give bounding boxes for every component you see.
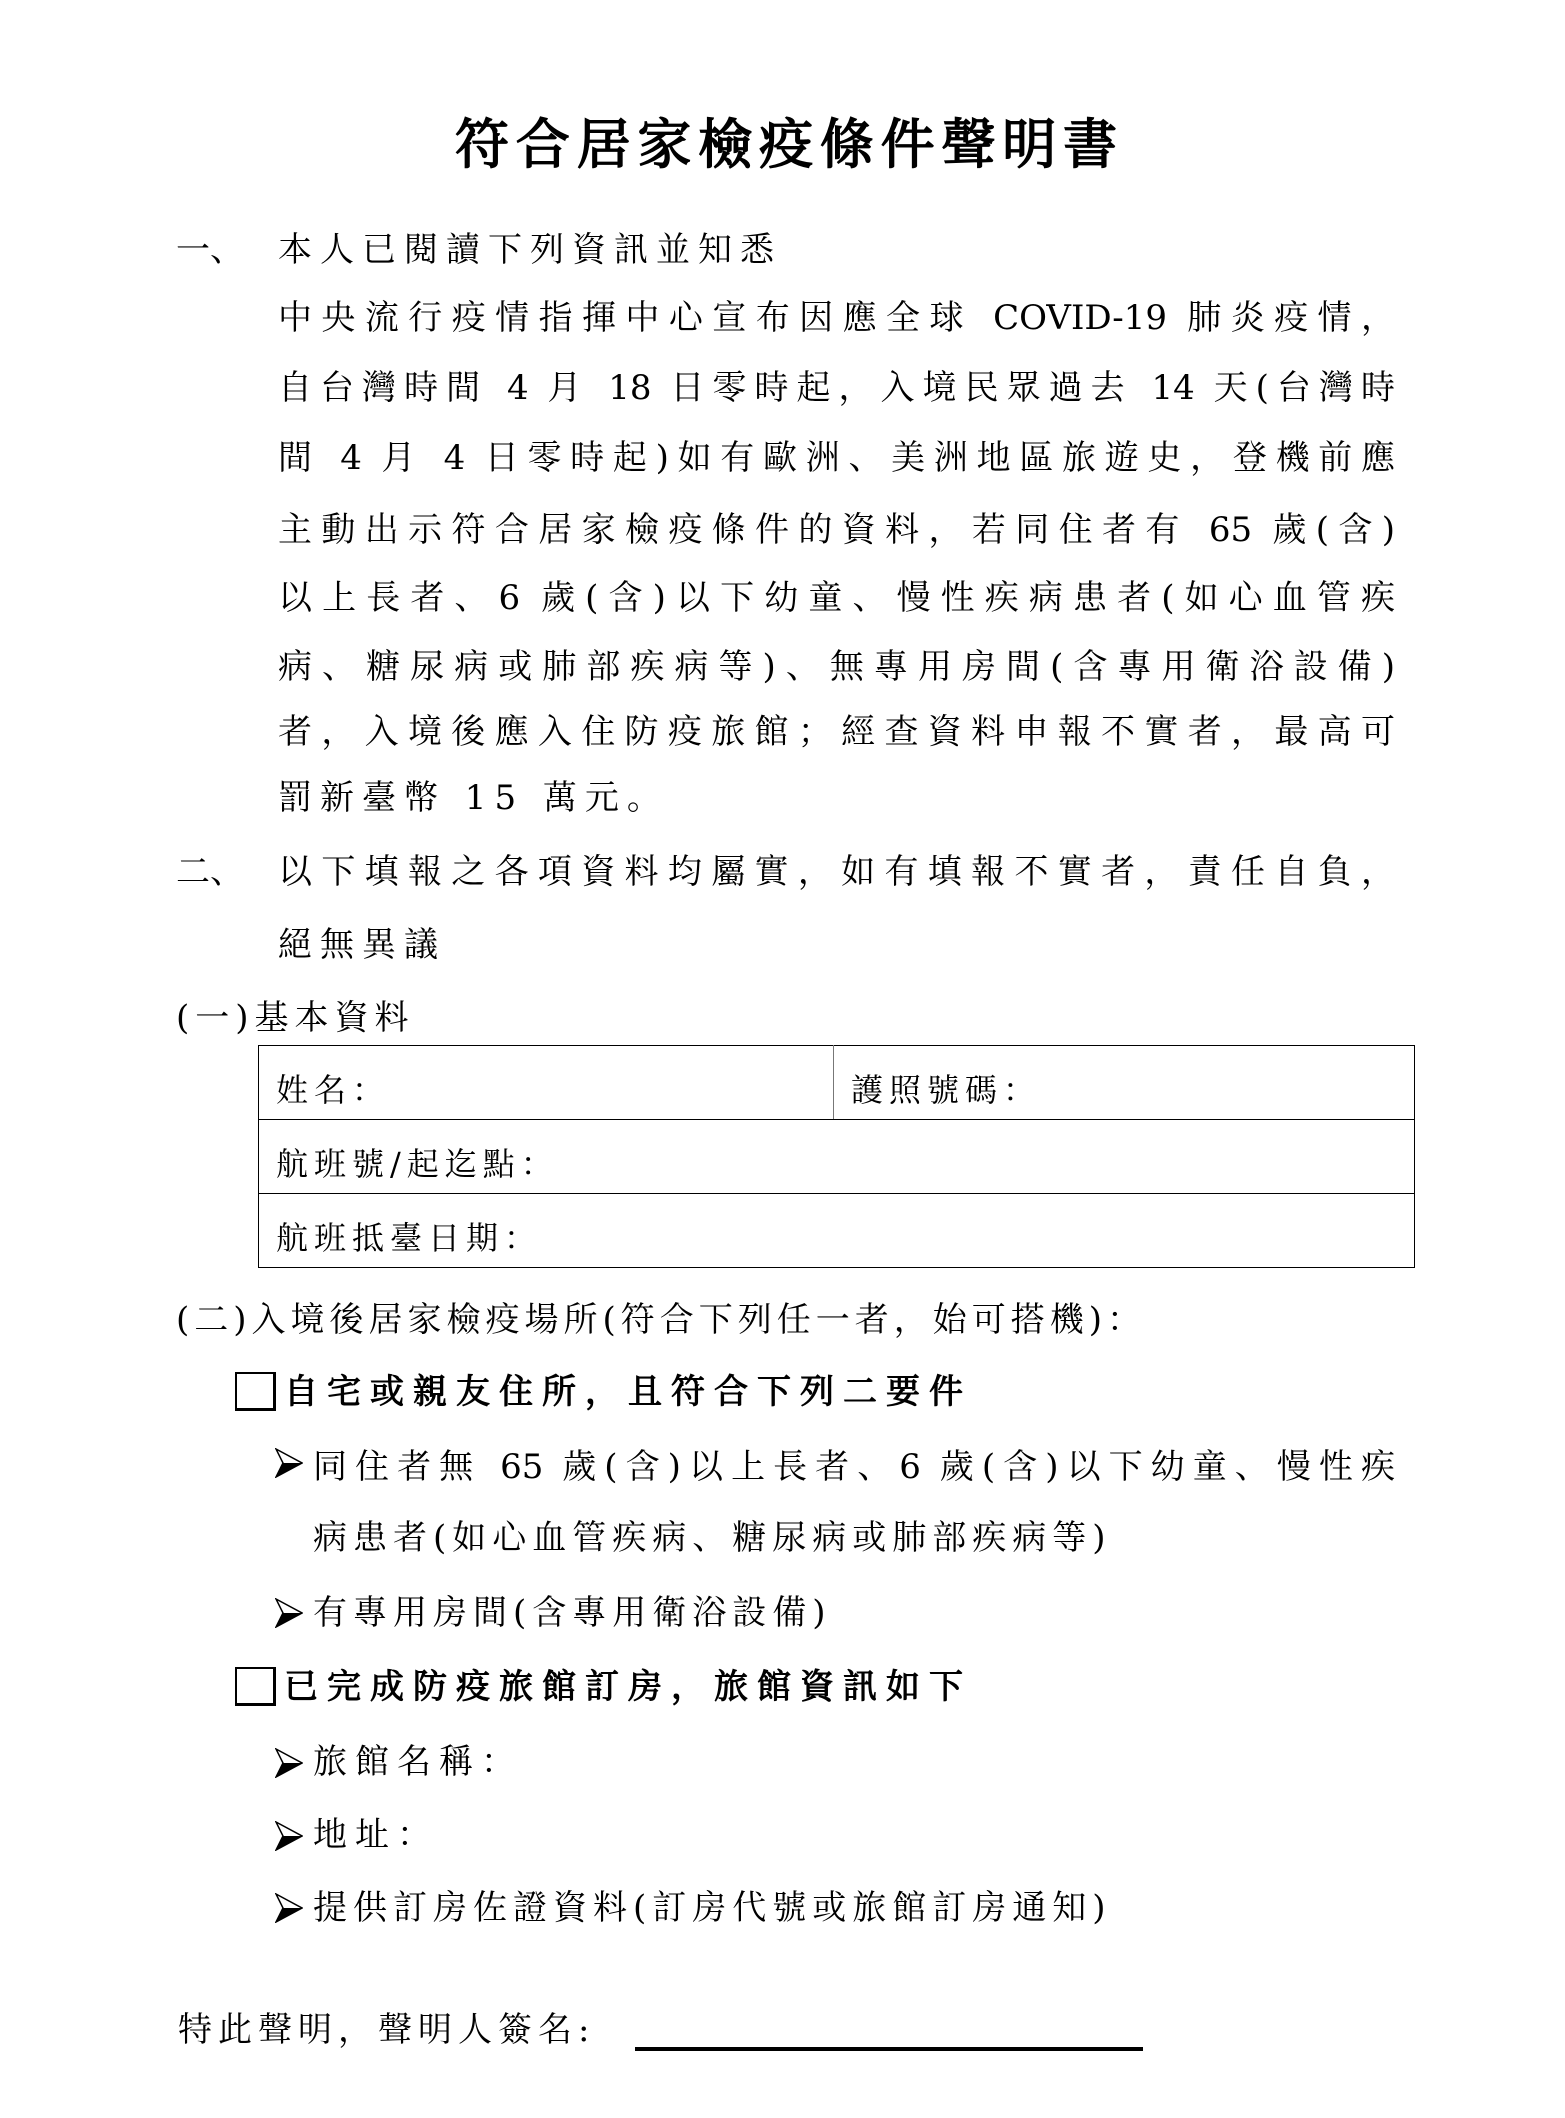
arrow-bullet-icon xyxy=(275,1821,303,1851)
home-option-checkbox[interactable] xyxy=(235,1372,276,1411)
arrival-date-label: 航班抵臺日期： xyxy=(276,1219,542,1257)
passport-label: 護照號碼： xyxy=(851,1071,1041,1109)
passport-field[interactable]: 護照號碼： xyxy=(834,1046,1415,1120)
section-1-marker: 一、 xyxy=(176,228,244,272)
table-row: 航班抵臺日期： xyxy=(259,1194,1415,1268)
hotel-option-checkbox[interactable] xyxy=(235,1667,276,1706)
signature-value[interactable] xyxy=(640,2004,1140,2048)
home-requirement-line: 病患者(如心血管疾病、糖尿病或肺部疾病等) xyxy=(313,1516,1112,1560)
document-title: 符合居家檢疫條件聲明書 xyxy=(455,112,1117,178)
section-1-paragraph-line: 間 4 月 4 日零時起)如有歐洲、美洲地區旅遊史，登機前應 xyxy=(278,436,1395,480)
section-1-paragraph-line: 病、糖尿病或肺部疾病等)、無專用房間(含專用衛浴設備) xyxy=(278,645,1395,689)
hotel-name-field[interactable]: 旅館名稱： xyxy=(313,1740,523,1784)
booking-proof-field[interactable]: 提供訂房佐證資料(訂房代號或旅館訂房通知) xyxy=(313,1886,1112,1930)
table-row: 姓名： 護照號碼： xyxy=(259,1046,1415,1120)
flight-label: 航班號/起迄點： xyxy=(276,1145,559,1183)
arrow-bullet-icon xyxy=(275,1748,303,1778)
signature-line[interactable] xyxy=(635,2047,1143,2051)
name-label: 姓名： xyxy=(276,1071,390,1109)
name-field[interactable]: 姓名： xyxy=(259,1046,834,1120)
section-1-heading: 本人已閱讀下列資訊並知悉 xyxy=(278,228,782,272)
section-2-line: 絕無異議 xyxy=(278,923,446,967)
home-requirement-line: 有專用房間(含專用衛浴設備) xyxy=(313,1591,832,1635)
hotel-address-field[interactable]: 地址： xyxy=(313,1813,439,1857)
arrow-bullet-icon xyxy=(275,1598,303,1628)
section-1-paragraph-line: 者，入境後應入住防疫旅館；經查資料申報不實者，最高可 xyxy=(278,710,1395,754)
flight-field[interactable]: 航班號/起迄點： xyxy=(259,1120,1415,1194)
basic-info-heading: (一)基本資料 xyxy=(176,996,415,1040)
table-row: 航班號/起迄點： xyxy=(259,1120,1415,1194)
section-1-paragraph-line: 罰新臺幣 15 萬元。 xyxy=(278,776,669,820)
section-2-marker: 二、 xyxy=(176,850,244,894)
basic-info-table: 姓名： 護照號碼： 航班號/起迄點： 航班抵臺日期： xyxy=(258,1045,1415,1268)
home-requirement-line: 同住者無 65 歲(含)以上長者、6 歲(含)以下幼童、慢性疾 xyxy=(313,1445,1395,1489)
hotel-option-label: 已完成防疫旅館訂房，旅館資訊如下 xyxy=(284,1665,972,1709)
arrow-bullet-icon xyxy=(275,1893,303,1923)
section-1-paragraph-line: 自台灣時間 4 月 18 日零時起，入境民眾過去 14 天(台灣時 xyxy=(278,366,1395,410)
section-2-line: 以下填報之各項資料均屬實，如有填報不實者，責任自負， xyxy=(278,850,1395,894)
section-1-paragraph-line: 主動出示符合居家檢疫條件的資料，若同住者有 65 歲(含) xyxy=(278,508,1395,552)
section-1-paragraph-line: 以上長者、6 歲(含)以下幼童、慢性疾病患者(如心血管疾 xyxy=(278,576,1395,620)
arrow-bullet-icon xyxy=(275,1448,303,1478)
home-option-label: 自宅或親友住所，且符合下列二要件 xyxy=(284,1370,972,1414)
arrival-date-field[interactable]: 航班抵臺日期： xyxy=(259,1194,1415,1268)
section-1-paragraph-line: 中央流行疫情指揮中心宣布因應全球 COVID-19 肺炎疫情， xyxy=(278,296,1395,340)
quarantine-place-heading: (二)入境後居家檢疫場所(符合下列任一者，始可搭機)： xyxy=(176,1298,1146,1342)
signature-label: 特此聲明，聲明人簽名: xyxy=(178,2008,595,2052)
